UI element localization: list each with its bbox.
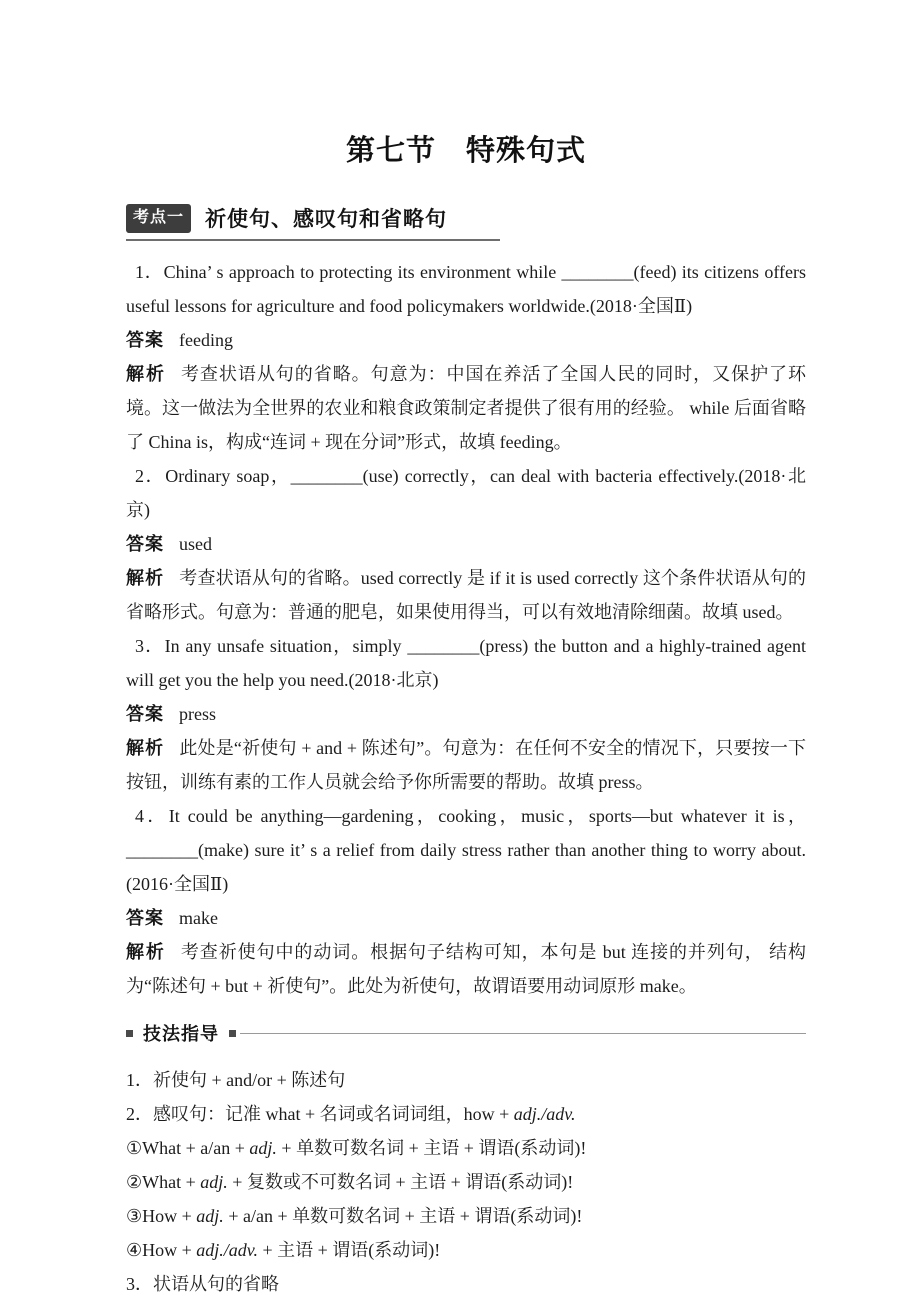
analysis-line: 解析考查状语从句的省略。used correctly 是 if it is us… <box>126 561 806 629</box>
question-text: 1．China’ s approach to protecting its en… <box>126 255 806 323</box>
topic-underline <box>126 239 500 241</box>
analysis-line: 解析考查祈使句中的动词。根据句子结构可知，本句是 but 连接的并列句， 结构为… <box>126 935 806 1003</box>
answer-value: press <box>179 704 216 724</box>
question-text: 3．In any unsafe situation，simply _______… <box>126 629 806 697</box>
answer-label: 答案 <box>126 330 164 350</box>
question-text: 4．It could be anything—gardening，cooking… <box>126 799 806 901</box>
answer-line: 答案used <box>126 527 806 561</box>
answer-line: 答案make <box>126 901 806 935</box>
question-block-3: 3．In any unsafe situation，simply _______… <box>126 629 806 799</box>
square-bullet-icon <box>229 1030 236 1037</box>
question-block-4: 4．It could be anything—gardening，cooking… <box>126 799 806 1003</box>
analysis-label: 解析 <box>126 738 164 758</box>
pattern-italic: adj. <box>200 1172 228 1192</box>
analysis-line: 解析考查状语从句的省略。句意为：中国在养活了全国人民的同时，又保护了环境。这一做… <box>126 357 806 459</box>
analysis-text: 此处是“祈使句 + and + 陈述句”。句意为：在任何不安全的情况下，只要按一… <box>126 738 806 792</box>
question-block-2: 2．Ordinary soap，________(use) correctly，… <box>126 459 806 629</box>
topic-heading: 祈使句、感叹句和省略句 <box>205 203 447 233</box>
guide-item-2-text: 2．感叹句：记准 what + 名词或名词词组，how + <box>126 1104 514 1124</box>
question-text: 2．Ordinary soap，________(use) correctly，… <box>126 459 806 527</box>
answer-value: feeding <box>179 330 233 350</box>
pattern-post: + 主语 + 谓语(系动词)! <box>258 1240 440 1260</box>
pattern-italic: adj./adv. <box>196 1240 258 1260</box>
answer-line: 答案press <box>126 697 806 731</box>
topic-badge: 考点一 <box>126 204 191 233</box>
answer-value: used <box>179 534 212 554</box>
guide-header: 技法指导 <box>126 1016 806 1050</box>
guide-heading: 技法指导 <box>143 1020 219 1046</box>
answer-label: 答案 <box>126 704 164 724</box>
guide-item-2-italic: adj./adv. <box>514 1104 576 1124</box>
topic-header: 考点一 祈使句、感叹句和省略句 <box>126 203 806 241</box>
answer-value: make <box>179 908 218 928</box>
question-block-1: 1．China’ s approach to protecting its en… <box>126 255 806 459</box>
guide-body: 1．祈使句 + and/or + 陈述句 2．感叹句：记准 what + 名词或… <box>126 1063 806 1301</box>
answer-label: 答案 <box>126 534 164 554</box>
page-title: 第七节 特殊句式 <box>126 128 806 169</box>
pattern-italic: adj. <box>249 1138 277 1158</box>
pattern-post: + 复数或不可数名词 + 主语 + 谓语(系动词)! <box>228 1172 573 1192</box>
guide-rule <box>240 1033 806 1034</box>
pattern-line-4: ④How + adj./adv. + 主语 + 谓语(系动词)! <box>126 1233 806 1267</box>
analysis-text: 考查状语从句的省略。句意为：中国在养活了全国人民的同时，又保护了环境。这一做法为… <box>126 364 806 452</box>
pattern-line-2: ②What + adj. + 复数或不可数名词 + 主语 + 谓语(系动词)! <box>126 1165 806 1199</box>
pattern-pre: ②What + <box>126 1172 200 1192</box>
pattern-pre: ④How + <box>126 1240 196 1260</box>
answer-label: 答案 <box>126 908 164 928</box>
pattern-line-3: ③How + adj. + a/an + 单数可数名词 + 主语 + 谓语(系动… <box>126 1199 806 1233</box>
analysis-text: 考查祈使句中的动词。根据句子结构可知，本句是 but 连接的并列句， 结构为“陈… <box>126 942 806 996</box>
pattern-pre: ③How + <box>126 1206 196 1226</box>
guide-item-1: 1．祈使句 + and/or + 陈述句 <box>126 1063 806 1097</box>
square-bullet-icon <box>126 1030 133 1037</box>
analysis-label: 解析 <box>126 364 166 384</box>
analysis-text: 考查状语从句的省略。used correctly 是 if it is used… <box>126 568 806 622</box>
guide-item-3: 3．状语从句的省略 <box>126 1267 806 1301</box>
analysis-label: 解析 <box>126 568 164 588</box>
pattern-line-1: ①What + a/an + adj. + 单数可数名词 + 主语 + 谓语(系… <box>126 1131 806 1165</box>
guide-item-2: 2．感叹句：记准 what + 名词或名词词组，how + adj./adv. <box>126 1097 806 1131</box>
pattern-pre: ①What + a/an + <box>126 1138 249 1158</box>
answer-line: 答案feeding <box>126 323 806 357</box>
pattern-post: + 单数可数名词 + 主语 + 谓语(系动词)! <box>277 1138 586 1158</box>
document-page: 第七节 特殊句式 考点一 祈使句、感叹句和省略句 1．China’ s appr… <box>0 0 920 1302</box>
pattern-italic: adj. <box>196 1206 224 1226</box>
pattern-post: + a/an + 单数可数名词 + 主语 + 谓语(系动词)! <box>224 1206 583 1226</box>
analysis-line: 解析此处是“祈使句 + and + 陈述句”。句意为：在任何不安全的情况下，只要… <box>126 731 806 799</box>
analysis-label: 解析 <box>126 942 166 962</box>
